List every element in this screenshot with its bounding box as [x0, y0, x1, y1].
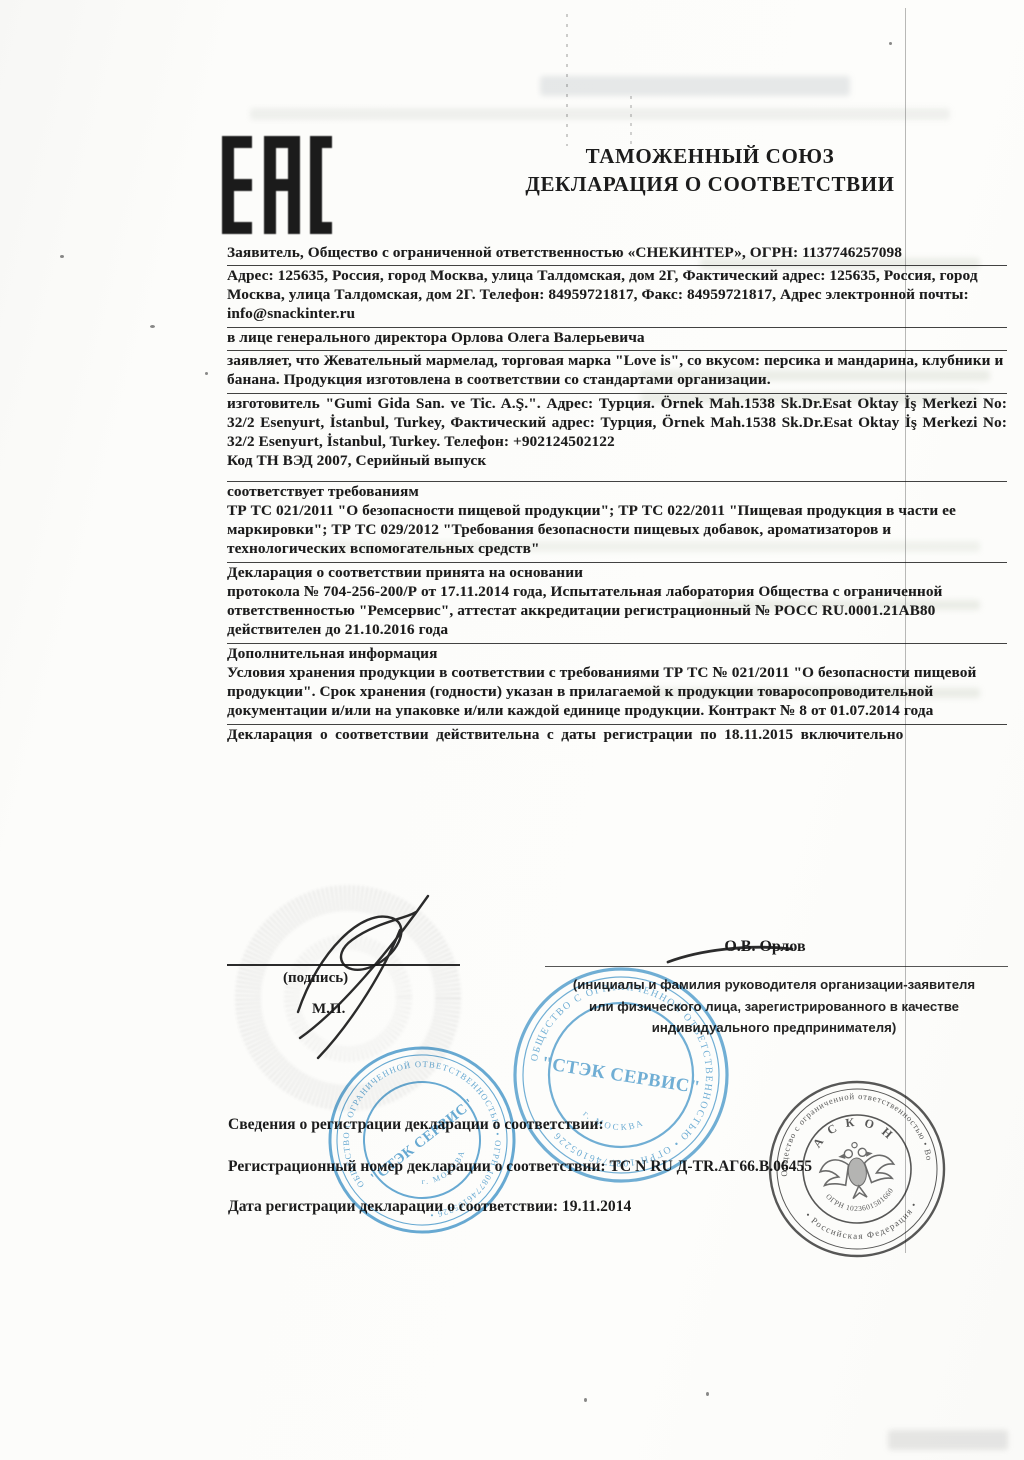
fold-line: [630, 96, 632, 148]
svg-text:ОГРН 1023601581660: ОГРН 1023601581660: [823, 1185, 897, 1216]
scan-speck: [60, 255, 64, 258]
technical-regulations-paragraph: ТР ТС 021/2011 "О безопасности пищевой п…: [227, 501, 1007, 563]
title-line-1: ТАМОЖЕННЫЙ СОЮЗ: [440, 142, 980, 170]
title-line-2: ДЕКЛАРАЦИЯ О СООТВЕТСТВИИ: [440, 170, 980, 198]
director-paragraph: в лице генерального директора Орлова Оле…: [227, 328, 1007, 351]
faint-seal-impression: [248, 898, 448, 1098]
stamp-ogrn-text: ОГРН 1023601581660: [823, 1185, 897, 1216]
product-declaration-paragraph: заявляет, что Жевательный мармелад, торг…: [227, 351, 1007, 394]
scan-speck: [889, 42, 892, 45]
stamp-name-text: А С К О Н: [807, 1111, 898, 1152]
stamp-ring-bottom-text: • Российская Федерация •: [803, 1199, 923, 1247]
double-headed-eagle-icon: [817, 1139, 896, 1202]
applicant-address-paragraph: Адрес: 125635, Россия, город Москва, ули…: [227, 266, 1007, 328]
stamp-center-text: "СТЭК СЕРВИС": [540, 1054, 702, 1099]
stek-servis-stamp: ОБЩЕСТВО С ОГРАНИЧЕННОЙ ОТВЕТСТВЕННОСТЬЮ…: [282, 1000, 563, 1281]
scan-speck: [150, 325, 155, 328]
registration-number-line: Регистрационный номер декларации о соотв…: [228, 1158, 812, 1176]
head-name: О.В. Орлов: [545, 938, 985, 956]
registration-heading: Сведения о регистрации декларации о соот…: [228, 1116, 604, 1134]
svg-text:А С К О Н: А С К О Н: [807, 1111, 898, 1152]
tnved-code-line: Код ТН ВЭД 2007, Серийный выпуск: [227, 451, 1007, 482]
seal-place-label: М.П.: [312, 1001, 345, 1018]
fold-line: [566, 14, 568, 146]
svg-text:• Российская Федерация •: • Российская Федерация •: [803, 1199, 923, 1247]
conformity-heading: соответствует требованиям: [227, 482, 1007, 501]
bleed-through-smudge: [888, 1430, 1008, 1450]
scan-speck: [706, 1392, 709, 1396]
additional-info-heading: Дополнительная информация: [227, 644, 1007, 663]
head-name-line: [545, 966, 1008, 967]
bleed-through-smudge: [540, 76, 850, 96]
declaration-body: Заявитель, Общество с ограниченной ответ…: [227, 243, 1007, 744]
basis-heading: Декларация о соответствии принята на осн…: [227, 563, 1007, 582]
head-name-caption: (инициалы и фамилия руководителя организ…: [560, 974, 988, 1039]
signature-caption: (подпись): [283, 970, 348, 987]
registration-date-line: Дата регистрации декларации о соответств…: [228, 1198, 631, 1216]
eac-conformity-mark-icon: [222, 136, 332, 234]
manufacturer-paragraph: изготовитель "Gumi Gida San. ve Tic. A.Ş…: [227, 394, 1007, 451]
signature-line: [227, 964, 460, 966]
bleed-through-smudge: [250, 108, 950, 120]
storage-conditions-paragraph: Условия хранения продукции в соответстви…: [227, 663, 1007, 725]
applicant-paragraph: Заявитель, Общество с ограниченной ответ…: [227, 243, 1007, 266]
scan-speck: [584, 1398, 587, 1402]
document-title: ТАМОЖЕННЫЙ СОЮЗ ДЕКЛАРАЦИЯ О СООТВЕТСТВИ…: [440, 142, 980, 198]
scanned-declaration-page: ТАМОЖЕННЫЙ СОЮЗ ДЕКЛАРАЦИЯ О СООТВЕТСТВИ…: [0, 0, 1024, 1460]
svg-text:ОБЩЕСТВО С ОГРАНИЧЕННОЙ ОТВЕТС: ОБЩЕСТВО С ОГРАНИЧЕННОЙ ОТВЕТСТВЕННОСТЬЮ…: [308, 1026, 536, 1254]
protocol-paragraph: протокола № 704-256-200/Р от 17.11.2014 …: [227, 582, 1007, 644]
validity-paragraph: Декларация о соответствии действительна …: [227, 725, 1007, 744]
scan-speck: [205, 372, 208, 375]
stamp-ring-text: ОБЩЕСТВО С ОГРАНИЧЕННОЙ ОТВЕТСТВЕННОСТЬЮ…: [308, 1026, 536, 1254]
